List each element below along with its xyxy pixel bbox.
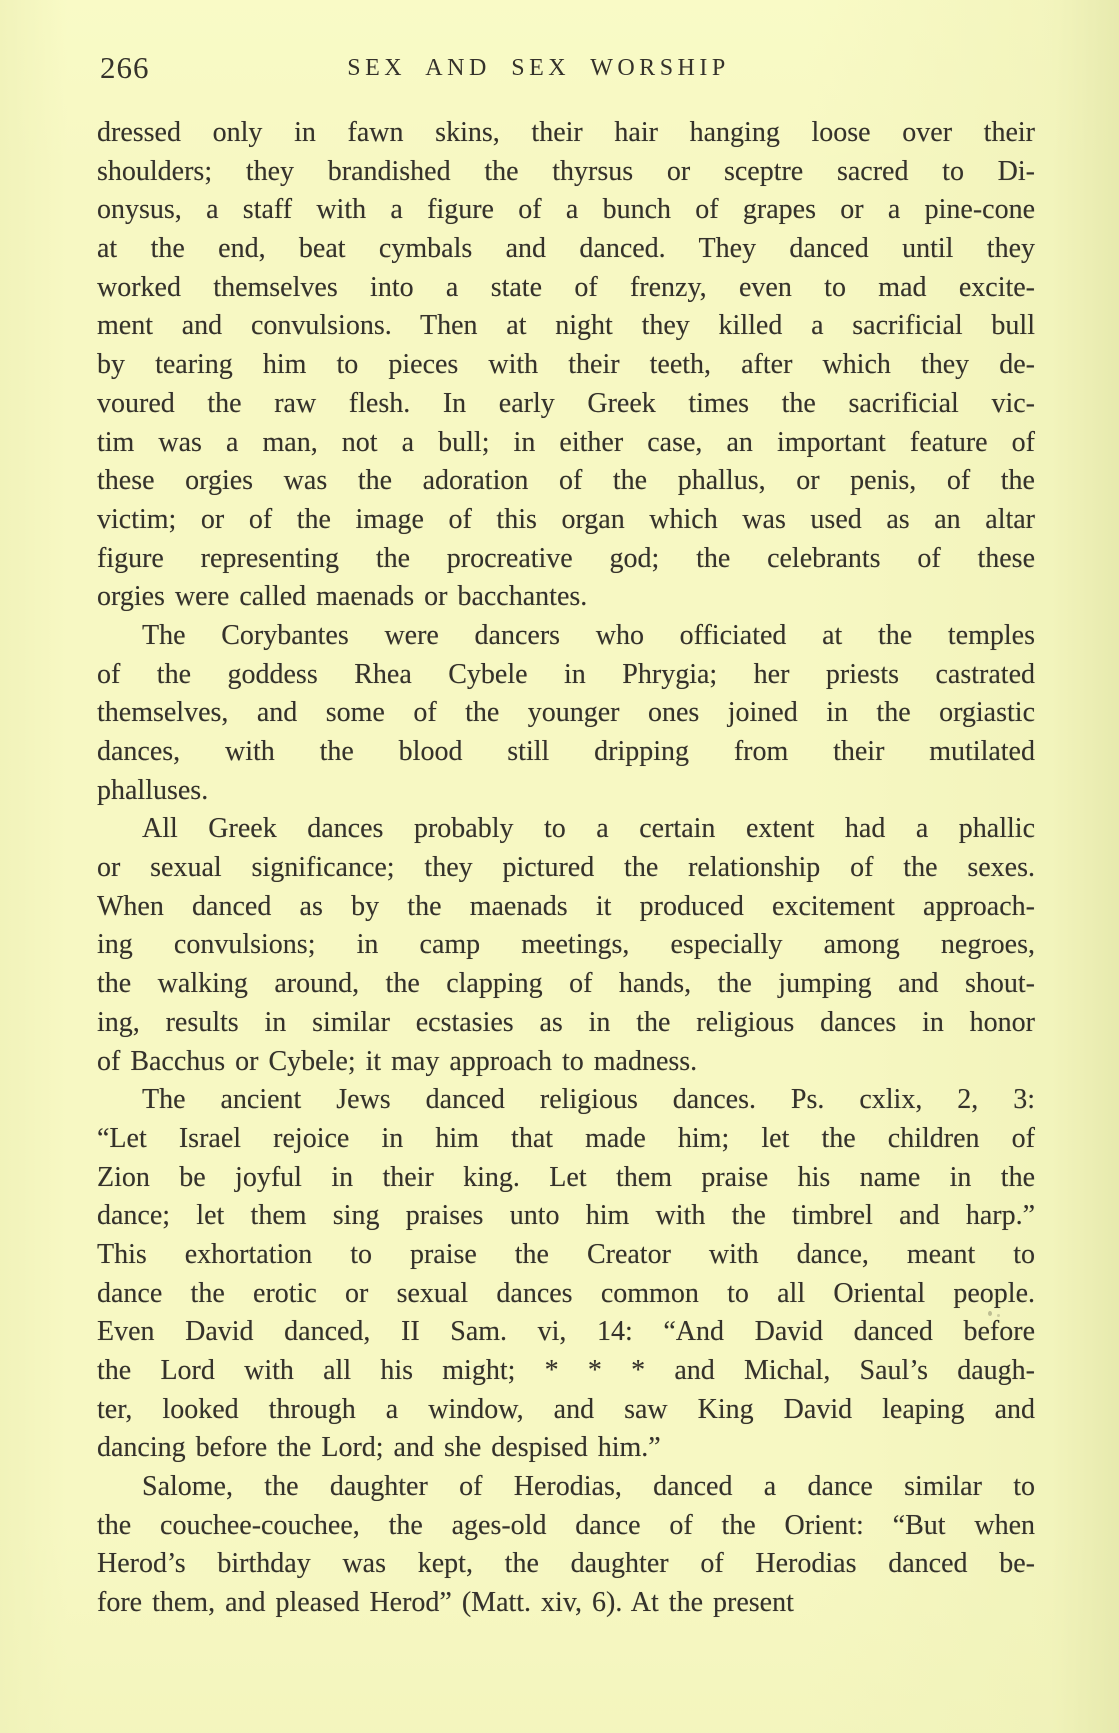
text-line: of Bacchus or Cybele; it may approach to… [97,1043,1035,1082]
text-line: the walking around, the clapping of hand… [97,965,1035,1004]
text-line: ter, looked through a window, and saw Ki… [97,1391,1035,1430]
text-line: the couchee-couchee, the ages-old dance … [97,1507,1035,1546]
text-line: shoulders; they brandished the thyrsus o… [97,153,1035,192]
text-line: dances, with the blood still dripping fr… [97,733,1035,772]
text-line: worked themselves into a state of frenzy… [97,269,1035,308]
text-line: Even David danced, II Sam. vi, 14: “And … [97,1313,1035,1352]
scan-speck [997,1314,1000,1317]
text-line: themselves, and some of the younger ones… [97,694,1035,733]
book-page: 266 SEX AND SEX WORSHIP dressed only in … [0,0,1119,1733]
text-line: at the end, beat cymbals and danced. The… [97,230,1035,269]
text-line: The Corybantes were dancers who officiat… [97,617,1035,656]
text-line: dressed only in fawn skins, their hair h… [97,114,1035,153]
text-line: All Greek dances probably to a certain e… [97,810,1035,849]
text-line: fore them, and pleased Herod” (Matt. xiv… [97,1584,1035,1623]
page-body: dressed only in fawn skins, their hair h… [97,114,1035,1623]
text-line: This exhortation to praise the Creator w… [97,1236,1035,1275]
paragraph: All Greek dances probably to a certain e… [97,810,1035,1081]
text-line: phalluses. [97,772,1035,811]
text-line: voured the raw flesh. In early Greek tim… [97,385,1035,424]
text-line: the Lord with all his might; * * * and M… [97,1352,1035,1391]
text-line: orgies were called maenads or bacchantes… [97,578,1035,617]
scan-speck [988,1311,992,1316]
text-line: onysus, a staff with a figure of a bunch… [97,191,1035,230]
text-line: “Let Israel rejoice in him that made him… [97,1120,1035,1159]
text-line: these orgies was the adoration of the ph… [97,462,1035,501]
text-line: tim was a man, not a bull; in either cas… [97,424,1035,463]
text-line: ment and convulsions. Then at night they… [97,307,1035,346]
paragraph: The Corybantes were dancers who officiat… [97,617,1035,810]
text-line: by tearing him to pieces with their teet… [97,346,1035,385]
paragraph: Salome, the daughter of Herodias, danced… [97,1468,1035,1623]
text-line: ing convulsions; in camp meetings, espec… [97,926,1035,965]
text-line: dance the erotic or sexual dances common… [97,1275,1035,1314]
text-line: or sexual significance; they pictured th… [97,849,1035,888]
text-line: ing, results in similar ecstasies as in … [97,1004,1035,1043]
text-line: Herod’s birthday was kept, the daughter … [97,1545,1035,1584]
text-line: figure representing the procreative god;… [97,540,1035,579]
text-line: dancing before the Lord; and she despise… [97,1429,1035,1468]
text-line: When danced as by the maenads it produce… [97,888,1035,927]
text-line: Zion be joyful in their king. Let them p… [97,1159,1035,1198]
text-line: victim; or of the image of this organ wh… [97,501,1035,540]
running-header: 266 SEX AND SEX WORSHIP [97,50,1035,94]
text-line: of the goddess Rhea Cybele in Phrygia; h… [97,656,1035,695]
text-line: dance; let them sing praises unto him wi… [97,1197,1035,1236]
text-line: The ancient Jews danced religious dances… [97,1081,1035,1120]
paragraph: The ancient Jews danced religious dances… [97,1081,1035,1468]
paragraph: dressed only in fawn skins, their hair h… [97,114,1035,617]
text-line: Salome, the daughter of Herodias, danced… [97,1468,1035,1507]
running-header-title: SEX AND SEX WORSHIP [97,55,980,82]
